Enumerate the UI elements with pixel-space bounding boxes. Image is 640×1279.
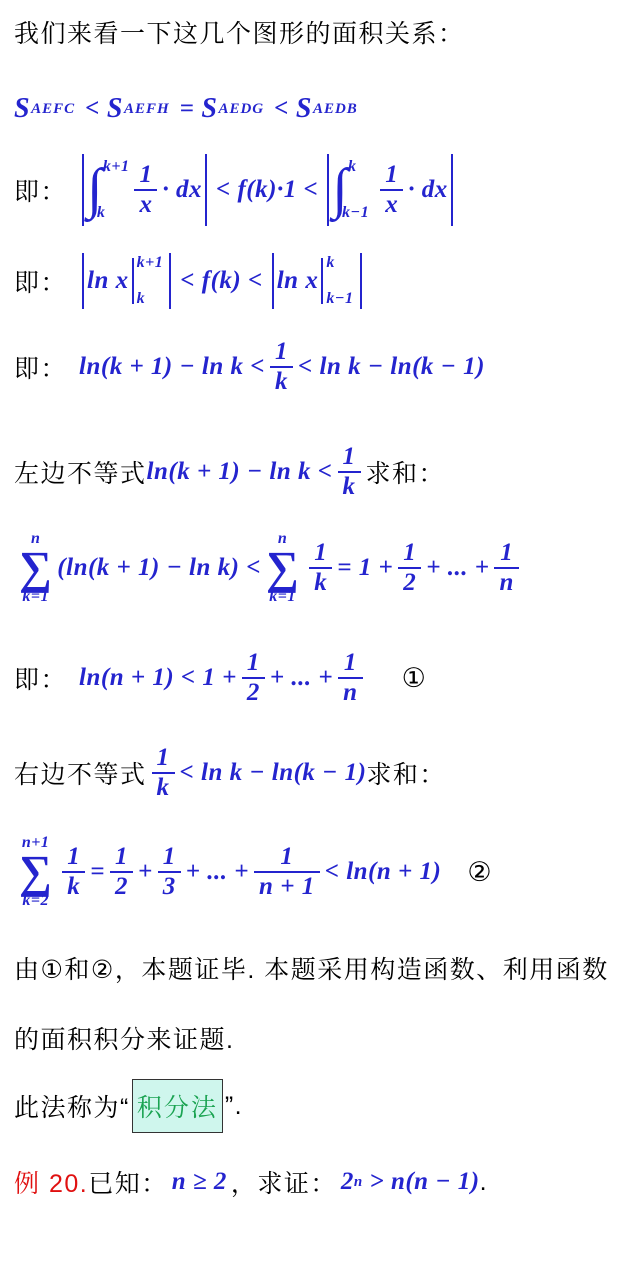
lnx-term-1: ln x <box>87 267 129 295</box>
fraction-1-over-2: 12 <box>110 844 133 901</box>
sigma-icon: ∑ <box>266 547 299 588</box>
example-given-label: 已知： <box>88 1164 168 1200</box>
right-expression: < ln k − ln(k − 1) <box>298 353 485 381</box>
sigma-3-lower: k=2 <box>22 893 49 909</box>
formula-right-sum: n+1 ∑ k=2 1k = 12 + 13 + ... + 1n + 1 < … <box>14 828 492 916</box>
sigma-3: n+1 ∑ k=2 <box>19 835 52 908</box>
formula-integral-inequality: 即： ∫ k+1k 1x · dx < f(k)·1 < ∫ kk−1 1x ·… <box>14 150 456 230</box>
area-term-1-sub: AEFC <box>31 101 75 118</box>
fraction-1-over-3: 13 <box>158 844 181 901</box>
claim-exponent: n <box>354 1174 363 1191</box>
fraction-1-over-n1: 1n + 1 <box>254 844 320 901</box>
conclusion-paragraph-2: 的面积积分来证题. <box>14 1020 234 1056</box>
ji-label: 即： <box>14 349 67 385</box>
circled-1-marker: ① <box>402 663 426 694</box>
rsum-term-4: < ln(n + 1) <box>325 858 442 886</box>
area-term-2-sub: AEFH <box>124 101 170 118</box>
eval-2-lower: k−1 <box>326 291 353 307</box>
integral-1: ∫ k+1k <box>87 159 129 221</box>
sigma-1-lower: k=1 <box>22 589 49 605</box>
integral-1-upper: k+1 <box>103 159 130 175</box>
formula-ln-inequality: 即： ln(k + 1) − ln k < 1k < ln k − ln(k −… <box>14 332 485 402</box>
sum-request-label: 求和： <box>366 454 446 490</box>
eval-bar <box>132 258 134 304</box>
intro-paragraph: 我们来看一下这几个图形的面积关系： <box>14 14 465 50</box>
eval-1-upper: k+1 <box>137 255 164 271</box>
left-side-label: 左边不等式 <box>14 454 147 490</box>
sigma-2-lower: k=1 <box>269 589 296 605</box>
sum-request-label: 求和： <box>366 755 446 791</box>
fraction-1-over-k: 1k <box>270 339 293 396</box>
condition-n-ge-2: n ≥ 2 <box>172 1168 227 1196</box>
fraction-1-over-k: 1k <box>309 540 332 597</box>
example-20-label: 例 20. <box>14 1164 88 1200</box>
formula-ln-n1-inequality: 即： ln(n + 1) < 1 + 12 + ... + 1n ① <box>14 640 426 716</box>
fraction-1-over-k: 1k <box>338 444 361 501</box>
sentence-period: . <box>480 1168 488 1197</box>
ln-n1-term-1: ln(n + 1) < 1 + <box>79 664 237 692</box>
area-op-3: < <box>274 95 289 123</box>
dx-term: · dx <box>408 176 448 204</box>
sum-term-2: = 1 + <box>337 554 393 582</box>
formula-lnx-evaluation: 即： ln x k+1k < f(k) < ln x kk−1 <box>14 250 365 312</box>
sigma-2: n ∑ k=1 <box>266 531 299 604</box>
area-term-3-sub: AEDG <box>218 101 264 118</box>
circled-2-marker: ② <box>467 857 491 888</box>
formula-area-relation: SAEFC < SAEFH = SAEDG < SAEDB <box>14 86 361 132</box>
integral-1-lower: k <box>97 205 124 221</box>
right-inequality-expr: < ln k − ln(k − 1) <box>180 759 367 787</box>
example-20-line: 例 20. 已知： n ≥ 2 ，求证： 2n > n(n − 1) . <box>14 1156 488 1208</box>
eval-bar <box>321 258 323 304</box>
abs-bar <box>360 253 362 309</box>
fraction-1-over-x: 1x <box>380 162 403 219</box>
formula-left-sum: n ∑ k=1 (ln(k + 1) − ln k) < n ∑ k=1 1k … <box>14 524 524 612</box>
claim-rest: > n(n − 1) <box>363 1168 480 1196</box>
method-name-pre: 此法称为“ <box>14 1088 130 1124</box>
sum-term-1: (ln(k + 1) − ln k) < <box>57 554 261 582</box>
fraction-1-over-k: 1k <box>62 844 85 901</box>
area-term-4: S <box>296 93 312 125</box>
conclusion-paragraph-1: 由①和②，本题证毕. 本题采用构造函数、利用函数 <box>14 950 609 986</box>
sigma-icon: ∑ <box>19 851 52 892</box>
highlight-integral-method: 积分法 <box>132 1079 223 1133</box>
fraction-1-over-x: 1x <box>134 162 157 219</box>
area-op-2: = <box>180 95 195 123</box>
rsum-term-1: = <box>90 858 105 886</box>
document-page: 我们来看一下这几个图形的面积关系： SAEFC < SAEFH = SAEDG … <box>0 0 640 1279</box>
rsum-term-3: + ... + <box>186 858 249 886</box>
fraction-1-over-n: 1n <box>338 650 362 707</box>
intro-text: 我们来看一下这几个图形的面积关系： <box>14 14 465 50</box>
method-name-post: ”. <box>225 1092 243 1121</box>
right-side-label: 右边不等式 <box>14 755 147 791</box>
abs-bar <box>327 154 329 226</box>
example-prove-label: ，求证： <box>231 1164 337 1200</box>
integral-2-upper: k <box>348 159 375 175</box>
abs-bar <box>82 253 84 309</box>
abs-bar <box>205 154 207 226</box>
ln-n1-term-2: + ... + <box>270 664 333 692</box>
sigma-icon: ∑ <box>19 547 52 588</box>
fraction-1-over-2: 12 <box>242 650 265 707</box>
conclusion-text-2: 的面积积分来证题. <box>14 1020 234 1056</box>
sum-term-3: + ... + <box>426 554 489 582</box>
area-term-2: S <box>107 93 123 125</box>
ji-label: 即： <box>14 172 67 208</box>
eval-1-lower: k <box>137 291 164 307</box>
text-right-inequality-sum: 右边不等式 1k < ln k − ln(k − 1) 求和： <box>14 736 446 810</box>
ji-label: 即： <box>14 263 67 299</box>
ji-label: 即： <box>14 660 67 696</box>
left-inequality-expr: ln(k + 1) − ln k < <box>147 458 333 486</box>
text-left-inequality-sum: 左边不等式 ln(k + 1) − ln k < 1k 求和： <box>14 436 445 508</box>
abs-bar <box>82 154 84 226</box>
middle-term: < f(k) < <box>180 267 262 295</box>
abs-bar <box>169 253 171 309</box>
abs-bar <box>451 154 453 226</box>
area-term-1: S <box>14 93 30 125</box>
fraction-1-over-2: 12 <box>398 540 421 597</box>
area-term-3: S <box>201 93 217 125</box>
dx-term: · dx <box>162 176 202 204</box>
method-name-paragraph: 此法称为“ 积分法 ”. <box>14 1078 243 1134</box>
claim-base: 2 <box>341 1168 354 1196</box>
area-op-1: < <box>85 95 100 123</box>
abs-bar <box>272 253 274 309</box>
rsum-term-2: + <box>138 858 153 886</box>
conclusion-text-1: 由①和②，本题证毕. 本题采用构造函数、利用函数 <box>14 950 609 986</box>
integral-2: ∫ kk−1 <box>332 159 375 221</box>
integral-2-lower: k−1 <box>342 205 369 221</box>
sigma-1: n ∑ k=1 <box>19 531 52 604</box>
lnx-term-2: ln x <box>277 267 319 295</box>
area-term-4-sub: AEDB <box>313 101 358 118</box>
left-expression: ln(k + 1) − ln k < <box>79 353 265 381</box>
middle-term: < f(k)·1 < <box>216 176 318 204</box>
fraction-1-over-n: 1n <box>494 540 518 597</box>
eval-2-upper: k <box>326 255 353 271</box>
fraction-1-over-k: 1k <box>152 745 175 802</box>
